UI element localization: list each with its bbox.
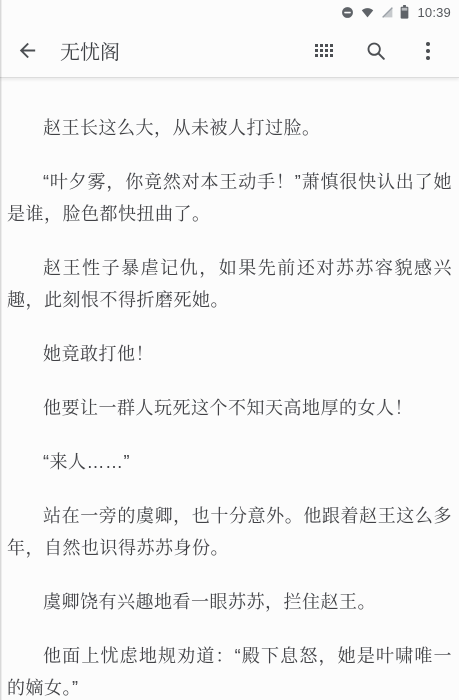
status-time: 10:39	[417, 5, 451, 20]
page-title: 无忧阁	[60, 36, 311, 65]
apps-grid-button[interactable]	[311, 38, 337, 64]
overflow-menu-icon	[426, 42, 430, 60]
app-bar: 无忧阁	[0, 24, 459, 78]
search-button[interactable]	[363, 38, 389, 64]
novel-paragraph: 赵王长这么大，从未被人打过脸。	[7, 112, 452, 144]
novel-paragraph: “来人……”	[7, 446, 452, 478]
novel-paragraph: 他面上忧虑地规劝道：“殿下息怒，她是叶啸唯一的嫡女。”	[7, 640, 452, 700]
overflow-menu-button[interactable]	[415, 38, 441, 64]
wifi-icon	[360, 6, 375, 19]
do-not-disturb-icon	[341, 6, 354, 19]
apps-grid-icon	[315, 44, 333, 57]
status-bar: 10:39	[0, 0, 459, 24]
battery-icon	[400, 5, 409, 19]
back-button[interactable]	[14, 38, 40, 64]
novel-paragraph: 赵王性子暴虐记仇，如果先前还对苏苏容貌感兴趣，此刻恨不得折磨死她。	[7, 252, 452, 316]
no-signal-icon	[381, 6, 394, 19]
app-bar-actions	[311, 38, 445, 64]
screen-edge-artifact	[0, 0, 2, 700]
reader-screen: 10:39 无忧阁	[0, 0, 459, 700]
novel-paragraph: “叶夕雾，你竟然对本王动手！”萧慎很快认出了她是谁，脸色都快扭曲了。	[7, 166, 452, 230]
novel-paragraph: 虞卿饶有兴趣地看一眼苏苏，拦住赵王。	[7, 586, 452, 618]
novel-paragraph: 站在一旁的虞卿，也十分意外。他跟着赵王这么多年，自然也识得苏苏身份。	[7, 500, 452, 564]
search-icon	[365, 40, 387, 62]
novel-text-area[interactable]: 赵王长这么大，从未被人打过脸。“叶夕雾，你竟然对本王动手！”萧慎很快认出了她是谁…	[0, 78, 459, 700]
novel-paragraph: 他要让一群人玩死这个不知天高地厚的女人！	[7, 392, 452, 424]
novel-paragraph: 她竟敢打他！	[7, 338, 452, 370]
